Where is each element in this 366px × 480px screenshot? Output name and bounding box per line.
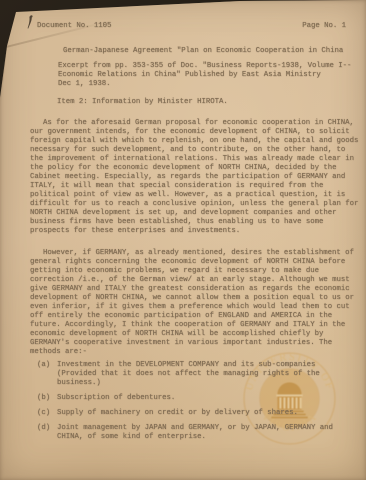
item-heading: Item 2: Information by Minister HIROTA. bbox=[57, 98, 361, 107]
list-text: Investment in the DEVELOPMENT COMPANY an… bbox=[57, 361, 361, 388]
scanned-document: UNIVERSITY OF VIRGINIA bbox=[0, 0, 366, 480]
list-item: (c) Supply of machinery on credit or by … bbox=[30, 409, 361, 418]
list-item: (a) Investment in the DEVELOPMENT COMPAN… bbox=[30, 361, 361, 388]
list-text: Joint management by JAPAN and GERMANY, o… bbox=[57, 424, 361, 442]
source-line: Excerpt from pp. 353-355 of Doc. "Busine… bbox=[58, 62, 361, 71]
source-line: Dec 1, 1938. bbox=[58, 80, 361, 89]
paper-sheet: UNIVERSITY OF VIRGINIA bbox=[0, 0, 366, 480]
document-number: Document No. 1105 bbox=[37, 22, 111, 31]
list-item: (b) Subscription of debentures. bbox=[30, 394, 361, 403]
list-marker: (d) bbox=[37, 424, 57, 442]
document-header: Document No. 1105 Page No. 1 bbox=[30, 22, 361, 31]
list-marker: (a) bbox=[37, 361, 57, 388]
paragraph: As for the aforesaid German proposal for… bbox=[30, 119, 361, 236]
document-title: German-Japanese Agreement "Plan on Econo… bbox=[63, 47, 361, 56]
source-line: Economic Relations in China" Published b… bbox=[58, 71, 361, 80]
list-item: (d) Joint management by JAPAN and GERMAN… bbox=[30, 424, 361, 442]
list-text: Supply of machinery on credit or by deli… bbox=[57, 409, 361, 418]
list-text: Subscription of debentures. bbox=[57, 394, 361, 403]
document-content: Document No. 1105 Page No. 1 German-Japa… bbox=[30, 22, 361, 442]
list-marker: (c) bbox=[37, 409, 57, 418]
paragraph: However, if GERMANY, as already mentione… bbox=[30, 249, 361, 357]
page-number: Page No. 1 bbox=[302, 22, 346, 31]
method-list: (a) Investment in the DEVELOPMENT COMPAN… bbox=[30, 361, 361, 442]
paper-crease bbox=[0, 40, 8, 110]
list-marker: (b) bbox=[37, 394, 57, 403]
source-reference: Excerpt from pp. 353-355 of Doc. "Busine… bbox=[58, 62, 361, 89]
